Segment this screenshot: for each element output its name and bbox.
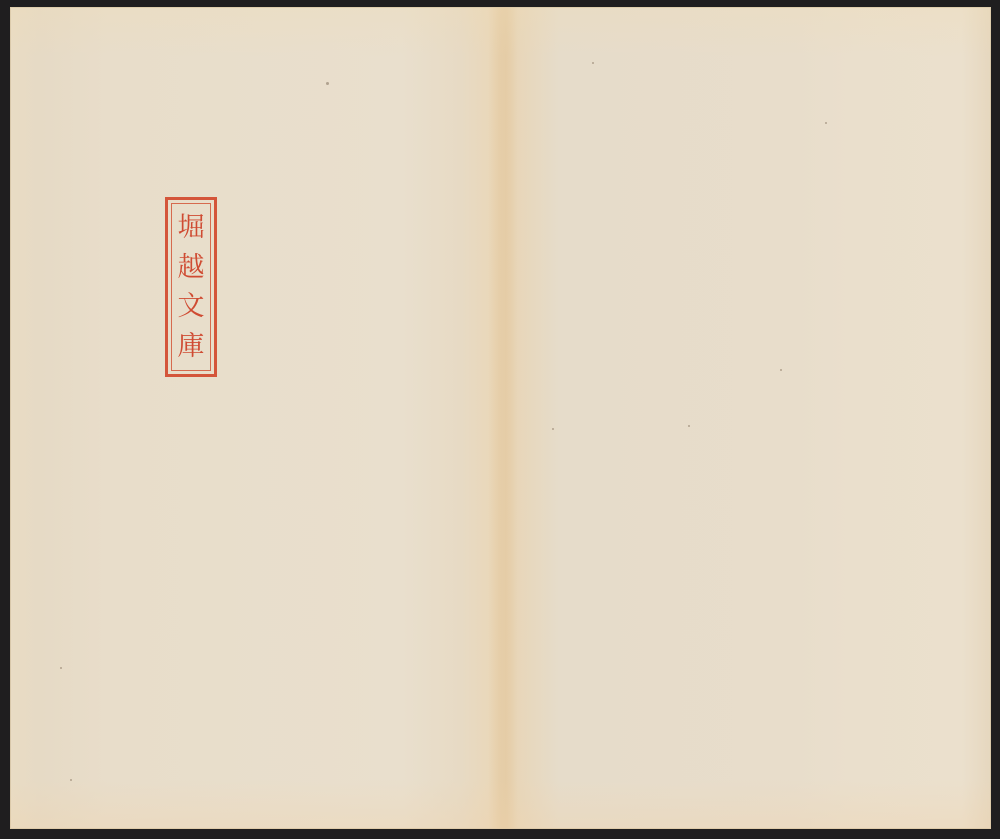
seal-inner-border: 堀 越 文 庫	[171, 203, 211, 371]
book-spread: 堀 越 文 庫	[10, 7, 991, 829]
seal-char-3: 文	[178, 293, 205, 320]
seal-char-4: 庫	[178, 333, 205, 360]
left-page: 堀 越 文 庫	[10, 7, 500, 829]
paper-speck	[60, 667, 62, 669]
seal-char-1: 堀	[178, 214, 205, 241]
paper-speck	[70, 779, 72, 781]
paper-speck	[780, 369, 782, 371]
paper-speck	[552, 428, 554, 430]
right-page	[500, 7, 991, 829]
paper-speck	[326, 82, 329, 85]
center-fold	[488, 7, 518, 829]
seal-char-2: 越	[178, 254, 205, 281]
paper-speck	[592, 62, 594, 64]
paper-speck	[688, 425, 690, 427]
ownership-seal: 堀 越 文 庫	[165, 197, 217, 377]
paper-speck	[825, 122, 827, 124]
